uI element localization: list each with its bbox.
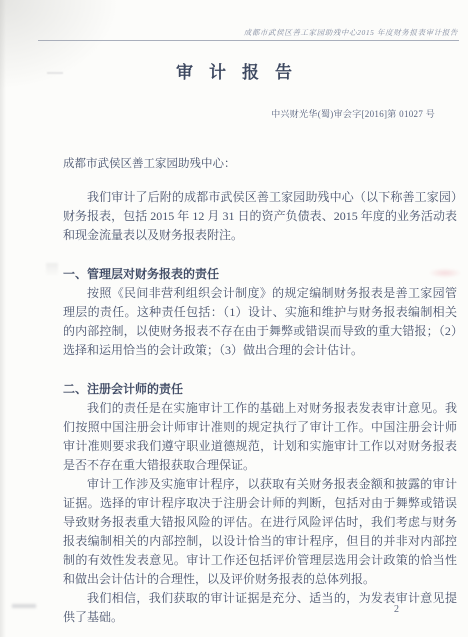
scan-mark (12, 604, 36, 608)
section-1-heading: 一、管理层对财务报表的责任 (63, 265, 457, 284)
section-2-paragraph: 审计工作涉及实施审计程序，以获取有关财务报表金额和披露的审计证据。选择的审计程序… (63, 475, 457, 589)
scan-edge-shadow (0, 0, 6, 637)
reference-number: 中兴财光华(蜀)审会字[2016]第 01027 号 (0, 107, 435, 120)
scan-fold-mark (47, 72, 63, 74)
scan-ink-smudge (428, 268, 462, 278)
page-number: 2 (394, 604, 399, 615)
scan-corner-shadow (0, 0, 120, 90)
section-2-heading: 二、注册会计师的责任 (63, 380, 457, 399)
intro-paragraph: 我们审计了后附的成都市武侯区善工家园助残中心（以下称善工家园）财务报表，包括 2… (63, 188, 457, 245)
section-1-paragraph: 按照《民间非营利组织会计制度》的规定编制财务报表是善工家园管理层的责任。这种责任… (63, 284, 457, 360)
scan-fold-mark (46, 263, 58, 277)
section-2-paragraph: 我们的责任是在实施审计工作的基础上对财务报表发表审计意见。我们按照中国注册会计师… (63, 399, 457, 475)
scanned-document-page: 成都市武侯区善工家园助残中心2015 年度财务报表审计报告 审计报告 中兴财光华… (0, 0, 468, 637)
addressee-line: 成都市武侯区善工家园助残中心： (63, 155, 468, 171)
